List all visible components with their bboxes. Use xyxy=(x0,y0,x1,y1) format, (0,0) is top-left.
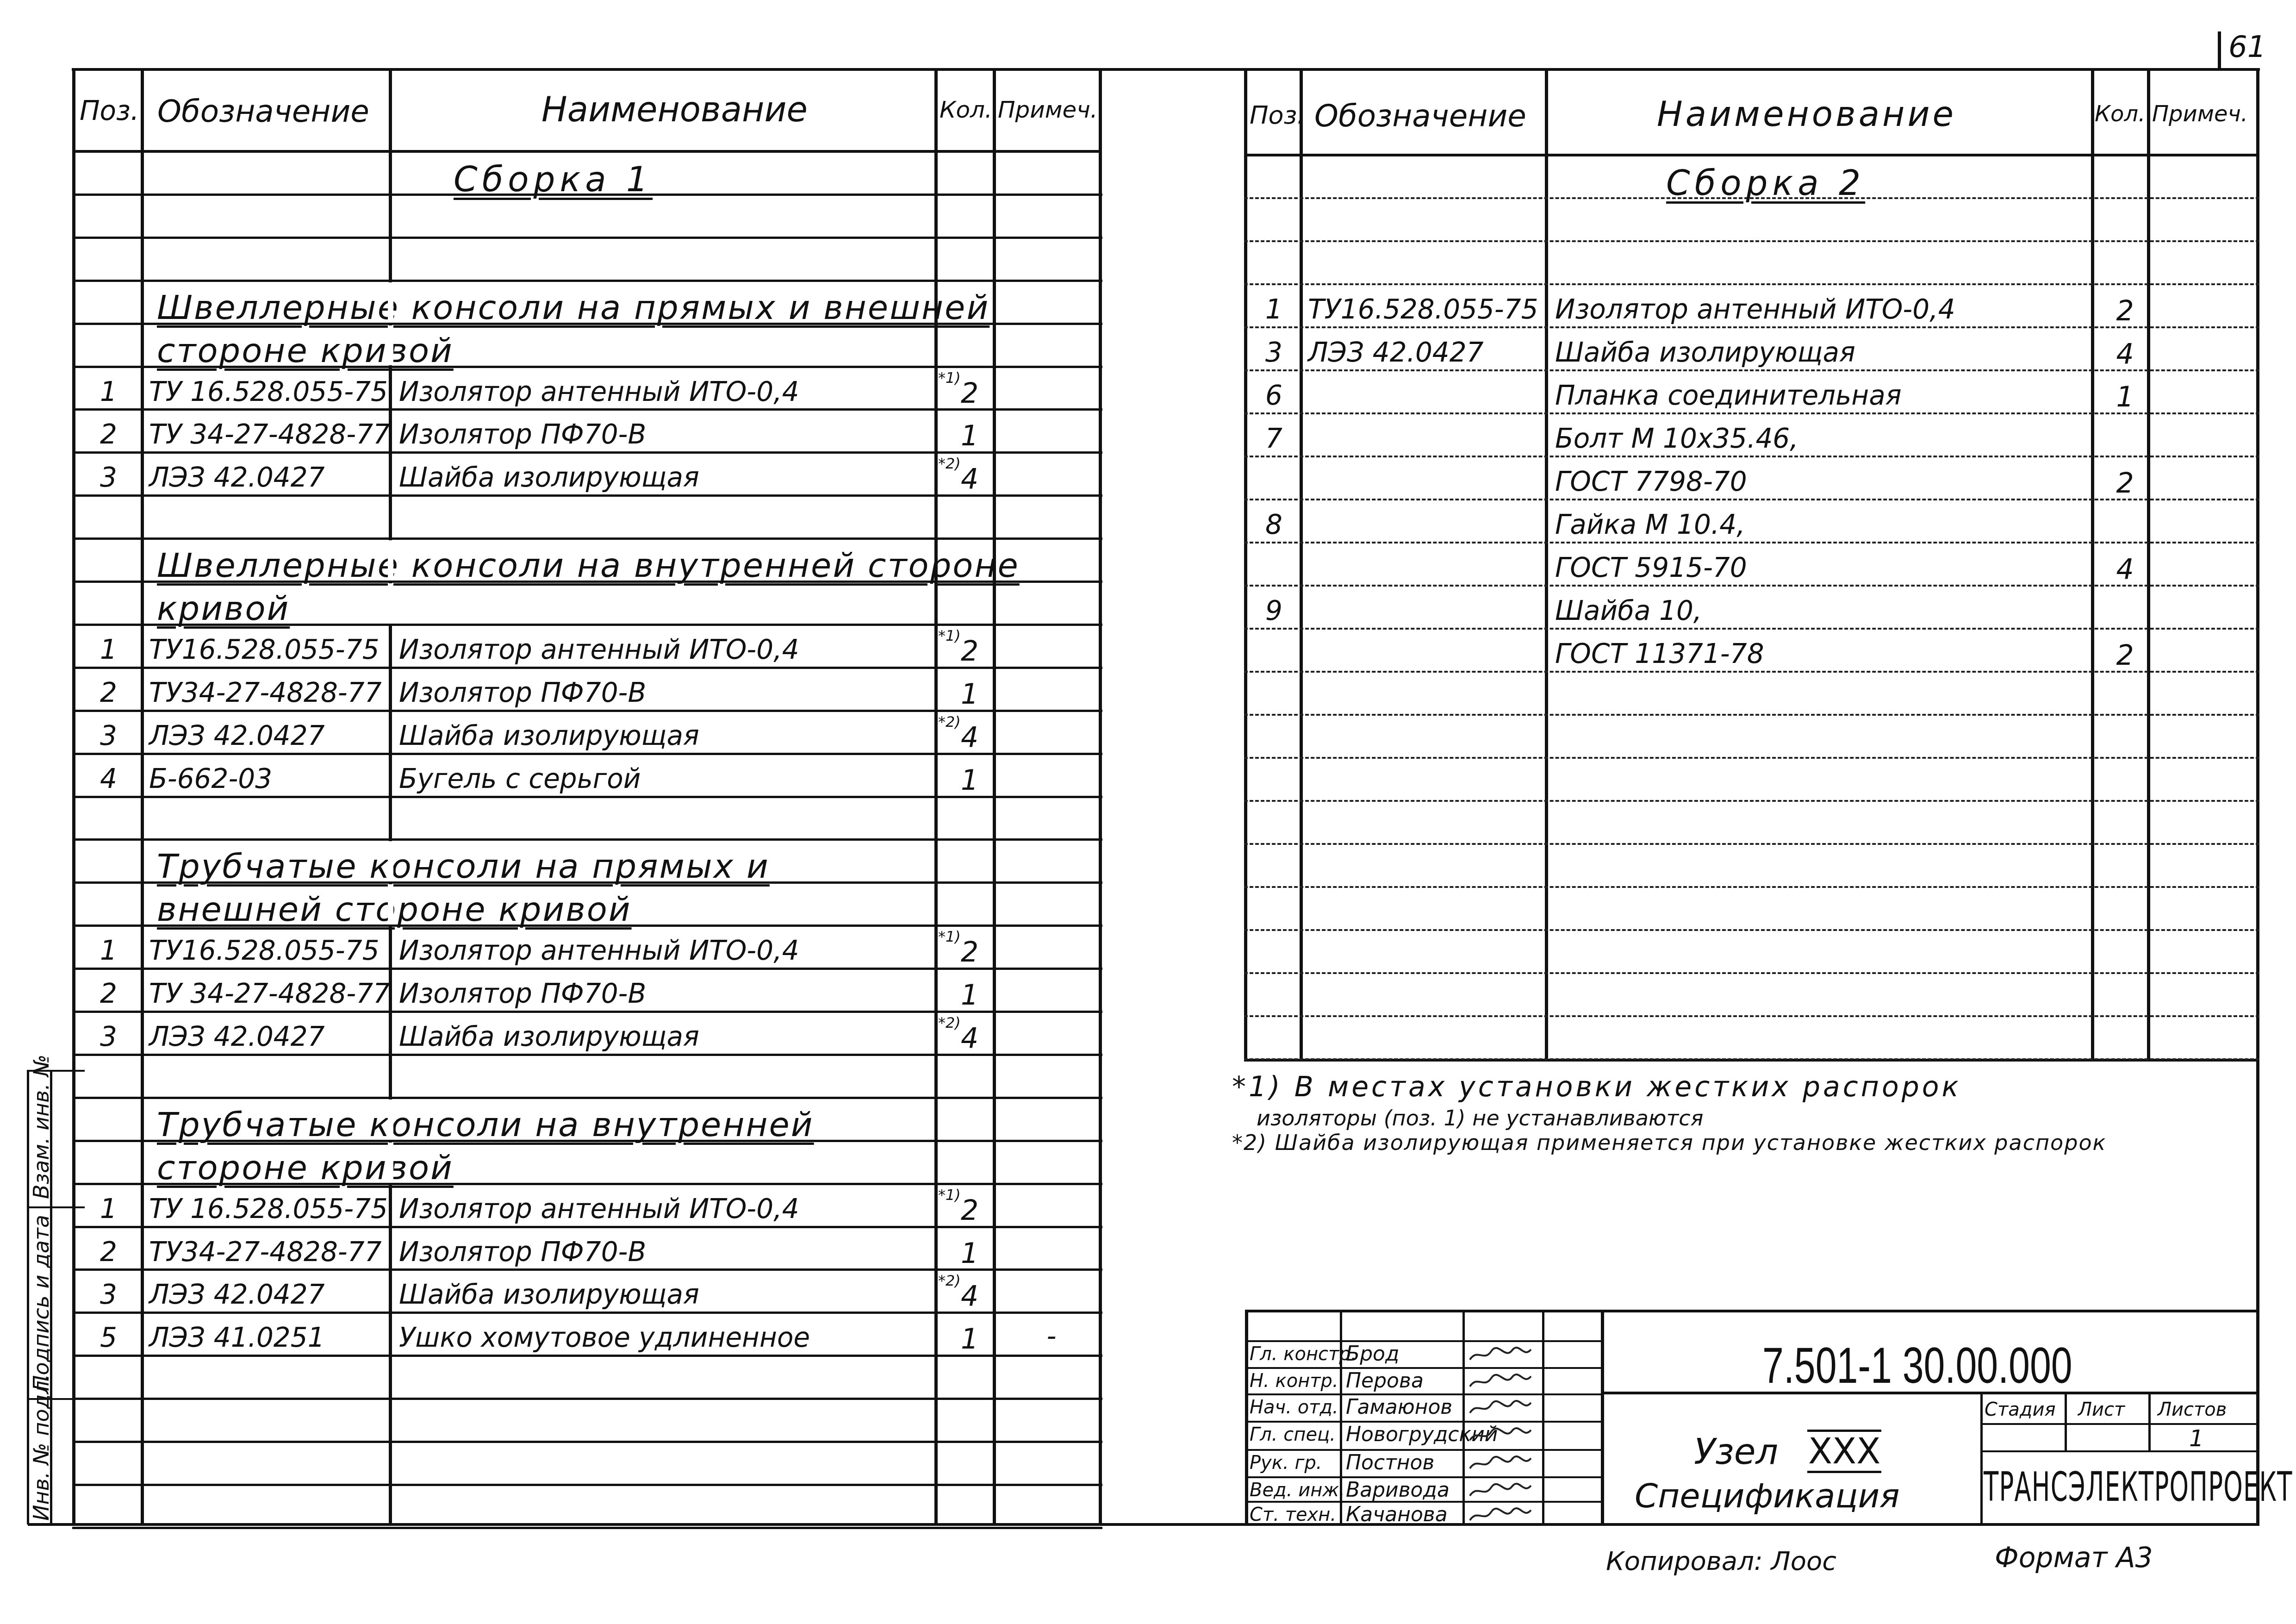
empty-row xyxy=(1244,887,2258,930)
empty-row xyxy=(72,237,1101,281)
quantity: 4 xyxy=(2116,556,2134,583)
merged-cell-mask xyxy=(388,1143,393,1183)
quantity: 2 xyxy=(961,380,978,407)
empty-row xyxy=(1244,973,2258,1016)
title-node-label: Узел xyxy=(1694,1434,1778,1469)
designation: ТУ 16.528.055-75 xyxy=(149,378,388,405)
tb-stage-left xyxy=(1980,1392,1983,1524)
table-row xyxy=(1244,586,2258,629)
empty-row xyxy=(1244,801,2258,844)
tb-stage-header-bottom xyxy=(1980,1423,2258,1425)
item-name: Изолятор антенный ИТО-0,4 xyxy=(399,378,799,405)
designation: ЛЭЗ 42.0427 xyxy=(149,1281,325,1308)
paper-format: Формат А3 xyxy=(1995,1544,2153,1572)
item-name: Гайка М 10.4, xyxy=(1555,511,1745,538)
lt-header-designation: Обозначение xyxy=(157,96,369,127)
tb-stage-sheets-sep xyxy=(2148,1392,2151,1451)
signatory-name: Варивода xyxy=(1346,1480,1450,1500)
signatory-name: Постнов xyxy=(1346,1453,1434,1473)
table-row xyxy=(1244,543,2258,586)
signature-scribble-icon xyxy=(1468,1399,1533,1417)
empty-row xyxy=(1244,198,2258,241)
merged-cell-mask xyxy=(388,1099,393,1140)
quantity: 1 xyxy=(961,422,978,450)
signature-scribble-icon xyxy=(1468,1346,1533,1363)
tb-row-line xyxy=(1245,1340,1602,1342)
position-number: 5 xyxy=(100,1324,117,1351)
footnote-marker: *1) xyxy=(938,1187,961,1202)
frame-top-line xyxy=(72,68,2260,71)
signatory-role: Гл. констр. xyxy=(1250,1345,1356,1363)
empty-row xyxy=(72,1485,1101,1528)
position-number: 3 xyxy=(100,1023,117,1050)
empty-row xyxy=(1244,672,2258,715)
sheets-value: 1 xyxy=(2189,1427,2204,1450)
signatory-role: Н. контр. xyxy=(1250,1372,1338,1390)
position-number: 8 xyxy=(1265,511,1282,538)
rt-header-note: Примеч. xyxy=(2152,103,2248,125)
footnote-1-line-1: *1) В местах установки жестких распорок xyxy=(1232,1073,1961,1101)
merged-cell-mask xyxy=(388,282,393,323)
note: - xyxy=(1047,1323,1057,1349)
empty-row xyxy=(72,194,1101,237)
merged-cell-mask xyxy=(388,583,393,624)
empty-row xyxy=(1244,758,2258,801)
rt-header-pos: Поз. xyxy=(1250,103,1305,128)
quantity: 2 xyxy=(961,1197,978,1224)
quantity: 2 xyxy=(961,637,978,665)
lt-header-name: Наименование xyxy=(541,93,808,127)
footnote-marker: *2) xyxy=(938,714,961,729)
position-number: 2 xyxy=(100,421,117,448)
title-node-number: XXX xyxy=(1807,1430,1881,1473)
empty-row xyxy=(72,1355,1101,1399)
signatory-name: Качанова xyxy=(1346,1505,1448,1525)
signatory-name: Гамаюнов xyxy=(1346,1397,1452,1418)
item-name: Шайба изолирующая xyxy=(399,1281,699,1308)
signatory-role: Ст. техн. xyxy=(1250,1505,1336,1524)
section-heading: внешней стороне кривой xyxy=(157,893,632,926)
signature-scribble-icon xyxy=(1468,1373,1533,1390)
quantity: 4 xyxy=(961,1282,978,1310)
title-spec: Спецификация xyxy=(1635,1479,1900,1512)
section-heading: стороне кривой xyxy=(157,1151,454,1184)
quantity: 2 xyxy=(2116,642,2134,669)
designation: ЛЭЗ 42.0427 xyxy=(1308,339,1484,366)
section-heading: Трубчатые консоли на внутренней xyxy=(157,1108,814,1141)
footnote-1-line-2: изоляторы (поз. 1) не устанавливаются xyxy=(1257,1107,1703,1129)
quantity: 1 xyxy=(961,1325,978,1353)
merged-cell-mask xyxy=(388,841,393,881)
designation: ЛЭЗ 42.0427 xyxy=(149,464,325,491)
section-heading: Швеллерные консоли на внутренней стороне xyxy=(157,549,1020,582)
lt-header-pos: Поз. xyxy=(80,97,139,124)
tb-row-line xyxy=(1245,1367,1602,1369)
section-heading: стороне кривой xyxy=(157,334,454,367)
signatory-name: Брод xyxy=(1346,1344,1399,1364)
item-name: ГОСТ 7798-70 xyxy=(1555,468,1747,495)
section-heading: Трубчатые консоли на прямых и xyxy=(157,849,770,883)
page-number: 61 xyxy=(2228,32,2266,62)
empty-row xyxy=(1244,1016,2258,1059)
empty-row xyxy=(1244,844,2258,887)
merged-cell-mask xyxy=(388,325,393,366)
assembly-title: Сборка 1 xyxy=(454,162,653,197)
footnote-marker: *2) xyxy=(938,1273,961,1288)
signature-scribble-icon xyxy=(1468,1455,1533,1472)
designation: ТУ 34-27-4828-77 xyxy=(149,980,390,1007)
footnote-marker: *1) xyxy=(938,370,961,385)
signatory-role: Рук. гр. xyxy=(1250,1454,1322,1472)
margin-label-inv-orig: Инв. № подл. xyxy=(29,1374,54,1521)
stage-label: Стадия xyxy=(1985,1400,2055,1419)
item-name: Шайба изолирующая xyxy=(399,464,699,491)
position-number: 1 xyxy=(100,1195,117,1222)
page-number-divider xyxy=(2218,31,2221,69)
quantity: 4 xyxy=(2116,340,2134,368)
item-name: Изолятор антенный ИТО-0,4 xyxy=(399,636,799,663)
item-name: Болт М 10х35.46, xyxy=(1555,425,1798,452)
item-name: Изолятор антенный ИТО-0,4 xyxy=(399,937,799,964)
quantity: 1 xyxy=(961,1240,978,1268)
item-name: Шайба 10, xyxy=(1555,597,1702,624)
item-name: Изолятор ПФ70-В xyxy=(399,1238,646,1265)
section-heading: Швеллерные консоли на прямых и внешней xyxy=(157,291,989,324)
table-row xyxy=(1244,500,2258,543)
item-name: Изолятор ПФ70-В xyxy=(399,421,646,448)
position-number: 1 xyxy=(100,937,117,964)
position-number: 7 xyxy=(1265,425,1282,452)
signatory-role: Гл. спец. xyxy=(1250,1425,1336,1444)
quantity: 4 xyxy=(961,1024,978,1052)
position-number: 1 xyxy=(1265,296,1282,323)
rt-header-name: Наименование xyxy=(1657,97,1956,131)
rt-header-designation: Обозначение xyxy=(1314,101,1526,131)
designation: ТУ34-27-4828-77 xyxy=(149,1238,382,1265)
quantity: 1 xyxy=(961,681,978,708)
item-name: Бугель с серьгой xyxy=(399,765,641,792)
quantity: 1 xyxy=(961,767,978,794)
position-number: 2 xyxy=(100,1238,117,1265)
lt-header-qty: Кол. xyxy=(940,98,992,121)
tb-stage-sheet-sep xyxy=(2065,1392,2067,1451)
designation: ТУ16.528.055-75 xyxy=(149,937,380,964)
copied-by: Копировал: Лоос xyxy=(1606,1549,1836,1574)
rt-header-qty: Кол. xyxy=(2095,103,2145,125)
merged-cell-mask xyxy=(388,884,393,924)
signatory-role: Вед. инж. xyxy=(1250,1481,1345,1499)
item-name: Изолятор антенный ИТО-0,4 xyxy=(1555,296,1955,323)
position-number: 1 xyxy=(100,636,117,663)
designation: ТУ 16.528.055-75 xyxy=(149,1195,388,1222)
signature-scribble-icon xyxy=(1468,1506,1533,1524)
empty-row xyxy=(72,797,1101,840)
empty-row xyxy=(72,1055,1101,1098)
designation: ТУ16.528.055-75 xyxy=(149,636,380,663)
item-name: Планка соединительная xyxy=(1555,382,1902,409)
item-name: Ушко хомутовое удлиненное xyxy=(399,1324,810,1351)
designation: ТУ34-27-4828-77 xyxy=(149,679,382,706)
designation: ЛЭЗ 41.0251 xyxy=(149,1324,325,1351)
position-number: 3 xyxy=(100,464,117,491)
designation: ЛЭЗ 42.0427 xyxy=(149,722,325,749)
footnote-marker: *2) xyxy=(938,456,961,471)
quantity: 4 xyxy=(961,724,978,751)
position-number: 1 xyxy=(100,378,117,405)
signatory-name: Перова xyxy=(1346,1371,1424,1391)
section-heading: кривой xyxy=(157,592,290,625)
item-name: Изолятор антенный ИТО-0,4 xyxy=(399,1195,799,1222)
designation: ТУ16.528.055-75 xyxy=(1308,296,1538,323)
tb-top xyxy=(1245,1310,2259,1312)
position-number: 2 xyxy=(100,679,117,706)
quantity: 2 xyxy=(2116,469,2134,497)
item-name: Изолятор ПФ70-В xyxy=(399,980,646,1007)
empty-row xyxy=(72,495,1101,538)
empty-row xyxy=(1244,930,2258,973)
item-name: ГОСТ 5915-70 xyxy=(1555,554,1747,581)
empty-row xyxy=(72,1442,1101,1485)
document-code: 7.501-1 30.00.000 xyxy=(1762,1340,2072,1391)
item-name: ГОСТ 11371-78 xyxy=(1555,640,1764,667)
designation: ТУ 34-27-4828-77 xyxy=(149,421,390,448)
position-number: 3 xyxy=(100,1281,117,1308)
margin-label-sign-date: Подпись и дата xyxy=(29,1215,54,1391)
position-number: 9 xyxy=(1265,597,1282,624)
quantity: 4 xyxy=(961,465,978,493)
signature-scribble-icon xyxy=(1468,1482,1533,1499)
footnote-marker: *1) xyxy=(938,628,961,643)
quantity: 1 xyxy=(961,981,978,1009)
margin-label-inv-replace: Взам. инв. № xyxy=(29,1055,54,1199)
quantity: 1 xyxy=(2116,383,2134,411)
tb-stage-values-bottom xyxy=(1980,1450,2258,1452)
empty-row xyxy=(72,1399,1101,1442)
item-name: Изолятор ПФ70-В xyxy=(399,679,646,706)
item-name: Шайба изолирующая xyxy=(1555,339,1855,366)
designation: Б-662-03 xyxy=(149,765,272,792)
quantity: 2 xyxy=(2116,297,2134,325)
position-number: 3 xyxy=(100,722,117,749)
sheets-label: Листов xyxy=(2158,1400,2227,1419)
footnote-marker: *1) xyxy=(938,929,961,944)
position-number: 6 xyxy=(1265,382,1282,409)
item-name: Шайба изолирующая xyxy=(399,1023,699,1050)
footnote-marker: *2) xyxy=(938,1015,961,1030)
lt-header-note: Примеч. xyxy=(998,98,1098,121)
signature-scribble-icon xyxy=(1468,1426,1533,1444)
position-number: 3 xyxy=(1265,339,1282,366)
signatory-role: Нач. отд. xyxy=(1250,1398,1338,1417)
empty-row xyxy=(1244,715,2258,758)
assembly-title: Сборка 2 xyxy=(1666,166,1865,200)
position-number: 4 xyxy=(100,765,117,792)
quantity: 2 xyxy=(961,938,978,966)
footnote-2: *2) Шайба изолирующая применяется при ус… xyxy=(1232,1132,2106,1153)
position-number: 2 xyxy=(100,980,117,1007)
merged-cell-mask xyxy=(388,540,393,581)
sheet-label: Лист xyxy=(2078,1400,2125,1419)
organization-name: ТРАНСЭЛЕКТРОПРОЕКТ xyxy=(1984,1467,2293,1507)
item-name: Шайба изолирующая xyxy=(399,722,699,749)
designation: ЛЭЗ 42.0427 xyxy=(149,1023,325,1050)
empty-row xyxy=(1244,241,2258,284)
table-row xyxy=(1244,456,2258,500)
